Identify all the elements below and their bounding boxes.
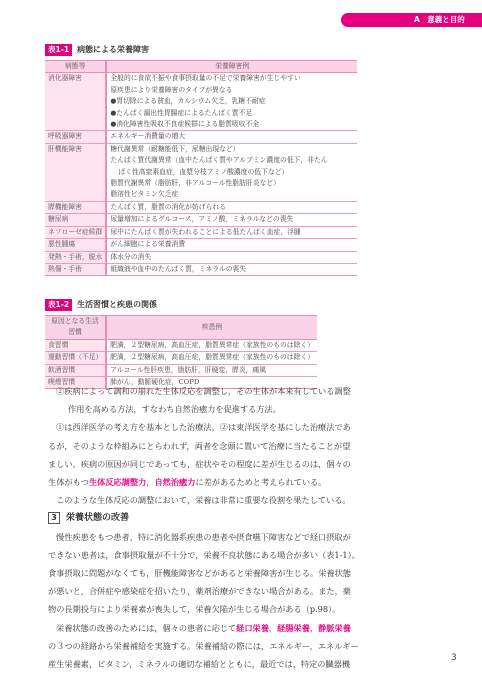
cell-line: 原疾患により栄養障害のタイプが異なる bbox=[110, 85, 354, 96]
example-cell: エネルギー消費量の増大 bbox=[106, 131, 357, 143]
condition-cell: 糖尿病 bbox=[45, 214, 106, 226]
cell-line: たんぱく質，脂質の消化が妨げられる bbox=[110, 202, 354, 213]
table-row: 飲酒習慣 アルコール性肝疾患，脂肪肝，肝硬変，膵炎，痛風 bbox=[45, 364, 317, 376]
table-row: 糖尿病 尿量増加によるグルコース，アミノ酸，ミネラルなどの喪失 bbox=[45, 214, 357, 226]
table1: 病態等 栄養障害例 消化器障害 全般的に食欲不振や食事摂取量の不足で栄養障害が生… bbox=[45, 60, 357, 276]
condition-cell: 熱傷・手術 bbox=[45, 263, 106, 275]
condition-cell: 発熱・手術，脱水 bbox=[45, 251, 106, 263]
table2-col-disease: 疾患例 bbox=[106, 316, 317, 340]
cell-line: 脂質代謝異常（脂肪肝，非アルコール性脂肪肝炎など） bbox=[110, 178, 354, 189]
table2: 原因となる生活習慣 疾患例 食習慣 肥満，２型糖尿病，高血圧症，脂質異常症（家族… bbox=[45, 315, 317, 389]
table2-header-row: 原因となる生活習慣 疾患例 bbox=[45, 316, 317, 340]
paragraph-line: の３つの経路から栄養補給を実施する。栄養補給の際には，エネルギー，エネルギー bbox=[48, 637, 420, 655]
example-cell: 尿中にたんぱく質が失われることによる低たんぱく血症，浮腫 bbox=[106, 226, 357, 238]
cell-line: ●消化障害性吸収不良症候群による脂質吸収不全 bbox=[110, 119, 354, 130]
example-cell: がん細胞による栄養消費 bbox=[106, 239, 357, 251]
table-row: 肝機能障害 糖代謝異常（耐糖能低下，尿糖出現など） たんぱく質代謝異常（血中たん… bbox=[45, 143, 357, 201]
cell-line: 脂溶性ビタミン欠乏症 bbox=[110, 189, 354, 200]
highlight-term: 自然治癒力 bbox=[154, 477, 195, 487]
table2-col-habit: 原因となる生活習慣 bbox=[45, 316, 106, 340]
example-cell: たんぱく質，脂質の消化が妨げられる bbox=[106, 201, 357, 213]
table1-col-example: 栄養障害例 bbox=[106, 61, 357, 73]
text-run: 生体がもつ bbox=[48, 477, 89, 487]
condition-cell: 呼吸器障害 bbox=[45, 131, 106, 143]
body-text: ②疾病によって調和の崩れた生体反応を調整し，その生体が本来有している調整 作用を… bbox=[48, 382, 420, 673]
table-row: 膵機能障害 たんぱく質，脂質の消化が妨げられる bbox=[45, 201, 357, 213]
table-row: 運動習慣（不足） 肥満，２型糖尿病，高血圧症，脂質異常症（家族性のものは除く） bbox=[45, 352, 317, 364]
table-row: 呼吸器障害 エネルギー消費量の増大 bbox=[45, 131, 357, 143]
text-run: ， bbox=[269, 623, 277, 633]
table1-caption: 表1-1病態による栄養障害 bbox=[45, 44, 149, 56]
table-row: 消化器障害 全般的に食欲不振や食事摂取量の不足で栄養障害が生じやすい 原疾患によ… bbox=[45, 73, 357, 131]
table1-header-row: 病態等 栄養障害例 bbox=[45, 61, 357, 73]
text-run: に差があるためと考えられている。 bbox=[195, 477, 326, 487]
table1-title: 病態による栄養障害 bbox=[77, 45, 149, 54]
cell-line: 尿中にたんぱく質が失われることによる低たんぱく血症，浮腫 bbox=[110, 227, 354, 238]
cell-line: 尿量増加によるグルコース，アミノ酸，ミネラルなどの喪失 bbox=[110, 214, 354, 225]
section-heading: 3栄養状態の改善 bbox=[48, 509, 420, 527]
condition-cell: 肝機能障害 bbox=[45, 143, 106, 201]
example-cell: 糖代謝異常（耐糖能低下，尿糖出現など） たんぱく質代謝異常（血中たんぱく質やアル… bbox=[106, 143, 357, 201]
example-cell: 体水分の消失 bbox=[106, 251, 357, 263]
condition-cell: 悪性腫瘍 bbox=[45, 239, 106, 251]
table2-title: 生活習慣と疾患の関係 bbox=[77, 300, 157, 309]
text-run: 栄養状態の改善のためには，個々の患者に応じて bbox=[56, 623, 236, 633]
condition-cell: 消化器障害 bbox=[45, 73, 106, 131]
section-number: 3 bbox=[48, 512, 60, 524]
paragraph-line: 産生栄養素，ビタミン，ミネラルの適切な補給とともに，最近では，特定の臓器機 bbox=[48, 655, 420, 673]
highlight-term: 経腸栄養 bbox=[277, 623, 310, 633]
cell-line: 組織液や血中のたんぱく質，ミネラルの喪失 bbox=[110, 264, 354, 275]
section-header-label: A 意義と目的 bbox=[414, 15, 465, 24]
cell-line: たんぱく質代謝異常（血中たんぱく質やアルブミン濃度の低下，非たん bbox=[110, 155, 354, 166]
condition-cell: ネフローゼ症候群 bbox=[45, 226, 106, 238]
table-row: 発熱・手術，脱水 体水分の消失 bbox=[45, 251, 357, 263]
paragraph-line: できない患者は，食事摂取量が不十分で，栄養不良状態にある場合が多い（表1-1）。 bbox=[48, 546, 420, 564]
example-cell: 尿量増加によるグルコース，アミノ酸，ミネラルなどの喪失 bbox=[106, 214, 357, 226]
cell-line: 糖代謝異常（耐糖能低下，尿糖出現など） bbox=[110, 144, 354, 155]
paragraph-line: 生体がもつ生体反応調整力，自然治癒力に差があるためと考えられている。 bbox=[48, 473, 420, 491]
paragraph-line: このような生体反応の調整において，栄養は非常に重要な役割を果たしている。 bbox=[48, 491, 420, 509]
habit-cell: 食習慣 bbox=[45, 339, 106, 351]
table-row: 食習慣 肥満，２型糖尿病，高血圧症，脂質異常症（家族性のものは除く） bbox=[45, 339, 317, 351]
disease-cell: アルコール性肝疾患，脂肪肝，肝硬変，膵炎，痛風 bbox=[106, 364, 317, 376]
table-row: 悪性腫瘍 がん細胞による栄養消費 bbox=[45, 239, 357, 251]
disease-cell: 肥満，２型糖尿病，高血圧症，脂質異常症（家族性のものは除く） bbox=[106, 339, 317, 351]
paragraph-line: 作用を高める方法，すなわち自然治癒力を促進する方法。 bbox=[48, 400, 420, 418]
paragraph-line: ましい。疾病の原因が同じであっても，症状やその程度に差が生じるのは，個々の bbox=[48, 455, 420, 473]
table2-caption: 表1-2生活習慣と疾患の関係 bbox=[45, 299, 157, 311]
cell-line: 体水分の消失 bbox=[110, 252, 354, 263]
section-header-tab: A 意義と目的 bbox=[341, 13, 482, 27]
disease-cell: 肥満，２型糖尿病，高血圧症，脂質異常症（家族性のものは除く） bbox=[106, 352, 317, 364]
cell-line: エネルギー消費量の増大 bbox=[110, 131, 354, 142]
example-cell: 組織液や血中のたんぱく質，ミネラルの喪失 bbox=[106, 263, 357, 275]
table-row: 熱傷・手術 組織液や血中のたんぱく質，ミネラルの喪失 bbox=[45, 263, 357, 275]
example-cell: 全般的に食欲不振や食事摂取量の不足で栄養障害が生じやすい 原疾患により栄養障害の… bbox=[106, 73, 357, 131]
paragraph-line: 食事摂取に問題がなくても，肝機能障害などがあると栄養障害が生じる。栄養状態 bbox=[48, 564, 420, 582]
section-title: 栄養状態の改善 bbox=[66, 513, 129, 523]
paragraph-line: 栄養状態の改善のためには，個々の患者に応じて経口栄養，経腸栄養，静脈栄養 bbox=[48, 619, 420, 637]
cell-line: ●胃切除による貧血，カルシウム欠乏，乳糖不耐症 bbox=[110, 96, 354, 107]
paragraph-line: ①は西洋医学の考え方を基本とした治療法，②は東洋医学を基にした治療法であ bbox=[48, 418, 420, 436]
habit-cell: 運動習慣（不足） bbox=[45, 352, 106, 364]
cell-line: 全般的に食欲不振や食事摂取量の不足で栄養障害が生じやすい bbox=[110, 73, 354, 84]
paragraph-line: が悪いと，合併症や感染症を招いたり，薬剤治療ができない場合がある。また，薬 bbox=[48, 582, 420, 600]
table1-badge: 表1-1 bbox=[45, 44, 72, 56]
cell-line: がん細胞による栄養消費 bbox=[110, 239, 354, 250]
table-row: ネフローゼ症候群 尿中にたんぱく質が失われることによる低たんぱく血症，浮腫 bbox=[45, 226, 357, 238]
paragraph-line: 物の長期投与により栄養素が喪失して，栄養欠陥が生じる場合がある（p.98）。 bbox=[48, 600, 420, 618]
paragraph-line: るが，そのような枠組みにとらわれず，両者を念頭に置いて治療に当たることが望 bbox=[48, 437, 420, 455]
paragraph-line: ②疾病によって調和の崩れた生体反応を調整し，その生体が本来有している調整 bbox=[48, 382, 420, 400]
highlight-term: 生体反応調整力 bbox=[89, 477, 146, 487]
habit-cell: 飲酒習慣 bbox=[45, 364, 106, 376]
highlight-term: 静脈栄養 bbox=[318, 623, 351, 633]
table1-col-condition: 病態等 bbox=[45, 61, 106, 73]
table2-badge: 表1-2 bbox=[45, 299, 72, 311]
cell-line: ●たんぱく漏出性胃腸症によるたんぱく質不足 bbox=[110, 108, 354, 119]
highlight-term: 経口栄養 bbox=[236, 623, 269, 633]
paragraph-line: 慢性疾患をもつ患者，特に消化器系疾患の患者や摂食嚥下障害などで経口摂取が bbox=[48, 528, 420, 546]
page-number: 3 bbox=[451, 653, 457, 663]
condition-cell: 膵機能障害 bbox=[45, 201, 106, 213]
text-run: ， bbox=[310, 623, 318, 633]
cell-line: ぱく性高窒素血症，血漿分枝アミノ酸濃度の低下など） bbox=[110, 167, 354, 178]
